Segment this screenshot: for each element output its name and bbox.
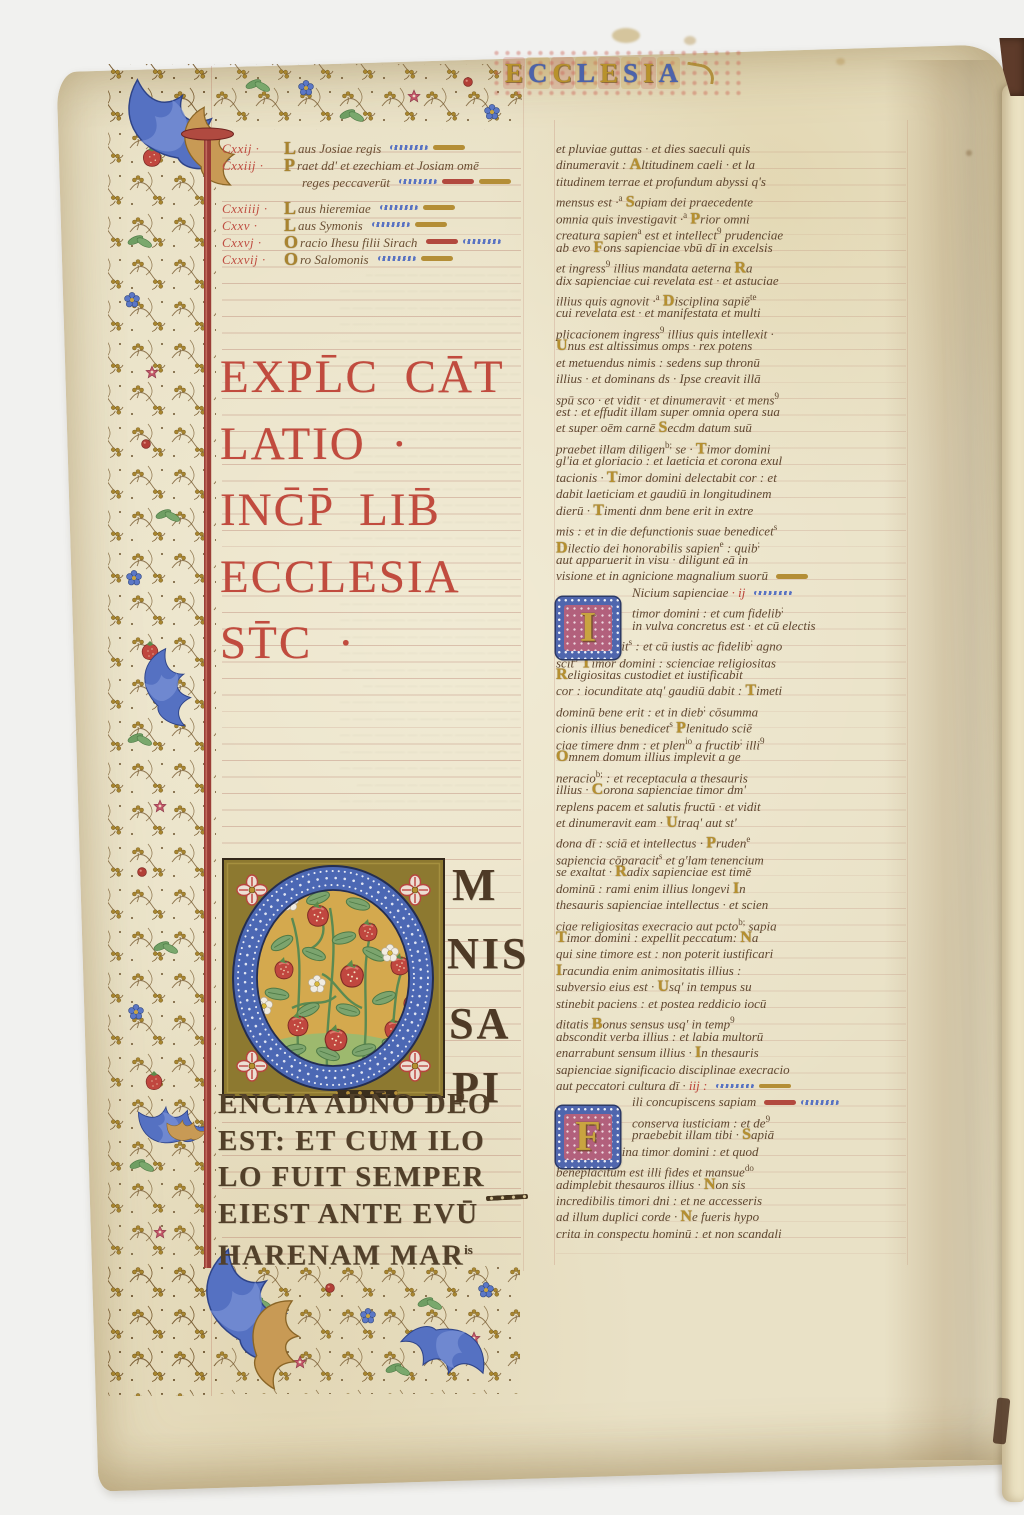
rubric-line: ECCLESIA xyxy=(220,544,522,611)
line-filler xyxy=(380,205,418,210)
manuscript-line: illius quis agnovit ·a Disciplina sapiēt… xyxy=(556,289,910,305)
ghost-line: — —— ——— — —— — ——— —— — xyxy=(277,301,520,317)
manuscript-line: enarrabunt sensum illius · In thesauris xyxy=(556,1045,910,1061)
ghost-line: — —— ——— — —— — ——— —— — xyxy=(366,268,520,284)
manuscript-line: Dilectio dei honorabilis sapiene : quib; xyxy=(556,536,910,552)
manuscript-line: omnia quis investigavit ·a Prior omni xyxy=(556,207,910,223)
chapter-row: Cxxiiij ·Laus hieremiae xyxy=(222,200,522,217)
display-line: EIEST ANTE EVŪ xyxy=(218,1196,528,1233)
chapter-initial: O xyxy=(284,251,298,268)
chapter-title: aus Symonis xyxy=(298,217,363,234)
rubric-line: ST̄C · xyxy=(220,610,522,677)
ghost-line: — —— ——— — —— — ——— —— — xyxy=(257,284,520,300)
manuscript-line: dominū : rami enim illius longevi In xyxy=(556,881,910,897)
manuscript-line: aut peccatori cultura dī · iij : xyxy=(556,1078,910,1094)
header-letter: C xyxy=(551,57,575,89)
rubric-line: EXPL̄C CĀT xyxy=(220,344,522,411)
manuscript-line: et pluviae guttas · et dies saeculi quis xyxy=(556,141,910,157)
line-filler xyxy=(390,145,428,150)
chapter-title: aus hieremiae xyxy=(298,200,371,217)
line-filler xyxy=(426,239,458,244)
ghost-line: — —— ——— — —— — ——— —— — xyxy=(274,712,520,728)
manuscript-line: dabit laeticiam et gaudiū in longitudine… xyxy=(556,486,910,502)
manuscript-line: sapiencia cōparacits et g'lam tenencium xyxy=(556,848,910,864)
display-line: EST: ET CUM ILO xyxy=(218,1123,528,1160)
ghost-line: — —— ——— — —— — ——— —— — xyxy=(298,317,520,333)
manuscript-line: mis : et in die defunctionis suae benedi… xyxy=(556,519,910,535)
ghost-line: — —— ——— — —— — ——— —— — xyxy=(357,778,520,794)
display-suffix: is xyxy=(464,1242,473,1257)
header-letter: C xyxy=(526,57,550,89)
display-line: HARENAM MARis xyxy=(218,1232,528,1274)
initial-letter: F xyxy=(556,1106,620,1168)
line-filler xyxy=(372,222,410,227)
manuscript-line: ad illum duplici corde · Ne fueris hypo xyxy=(556,1209,910,1225)
manuscript-line: dona dī : sciā et intellectus · Prudene xyxy=(556,831,910,847)
rubric-line: LATIO · xyxy=(220,411,522,478)
chapter-row: reges peccaverūt xyxy=(222,174,522,191)
manuscript-line: se exaltat · Radix sapienciae est timē xyxy=(556,864,910,880)
manuscript-line: cor : iocunditate atq' gaudiū dabit : Ti… xyxy=(556,683,910,699)
line-filler xyxy=(415,222,447,227)
ghost-line: — —— ——— — —— — ——— —— — xyxy=(254,695,520,711)
manuscript-line: thesauris sapienciae intellectus · et sc… xyxy=(556,897,910,913)
ghost-line: — —— ——— — —— — ——— —— — xyxy=(336,761,520,777)
manuscript-line: praebet illam diligenb; se · Timor domin… xyxy=(556,437,910,453)
chapter-title: aus Josiae regis xyxy=(298,140,381,157)
line-filler xyxy=(378,256,416,261)
next-folio-edge xyxy=(1002,84,1024,1502)
chapter-number: Cxxvij · xyxy=(222,251,284,268)
display-cap: M xyxy=(452,858,498,911)
header-letter: S xyxy=(621,57,640,89)
manuscript-line: Religiositas custodiet et iustificabit xyxy=(556,667,910,683)
manuscript-line: et super oēm carnē Secdm datum suū xyxy=(556,420,910,436)
chapter-number: Cxxvj · xyxy=(222,234,284,251)
parchment-stain xyxy=(836,58,845,65)
line-filler xyxy=(399,179,437,184)
manuscript-photo: — —— ——— — —— — ——— —— —— —— ——— — —— — … xyxy=(0,0,1024,1515)
manuscript-line: ciae religiositas execracio aut pctob; s… xyxy=(556,914,910,930)
manuscript-line: gl'ia et gloriacio : et laeticia et coro… xyxy=(556,453,910,469)
line-filler xyxy=(423,205,455,210)
chapter-row: Cxxiij ·Praet dd' et ezechiam et Josiam … xyxy=(222,157,522,174)
manuscript-line: et metuendus nimis : sedens sup thronū xyxy=(556,355,910,371)
incipit-display-text: ENCIA ADN̄O DEO EST: ET CUM ILO LO FUIT … xyxy=(218,1086,528,1275)
chapter-number: Cxxiij · xyxy=(222,157,284,174)
manuscript-line: dierū · Timenti dnm bene erit in extre xyxy=(556,503,910,519)
manuscript-line: ab evo Fons sapienciae vbū dī in excelsi… xyxy=(556,240,910,256)
display-line: LO FUIT SEMPER xyxy=(218,1159,528,1196)
ghost-line: — —— ——— — —— — ——— —— — xyxy=(295,728,520,744)
chapter-row: Cxxvj ·Oracio Ihesu filii Sirach xyxy=(222,234,522,251)
chapter-number: Cxxiiij · xyxy=(222,200,284,217)
line-filler xyxy=(442,179,474,184)
right-column-text: et pluviae guttas · et dies saeculi quis… xyxy=(556,141,910,1242)
chapter-initial: P xyxy=(284,157,295,174)
chapter-number: Cxxv · xyxy=(222,217,284,234)
line-filler xyxy=(479,179,511,184)
manuscript-line: stinebit paciens : et postea reddicio io… xyxy=(556,996,910,1012)
parchment-stain xyxy=(966,150,972,156)
initial-letter: I xyxy=(556,597,620,659)
chapter-list: Cxxij ·Laus Josiae regisCxxiij ·Praet dd… xyxy=(222,140,522,268)
manuscript-line: sapienciae significacio disciplinae exec… xyxy=(556,1062,910,1078)
manuscript-line: plicacionem ingress9 illius quis intelle… xyxy=(556,322,910,338)
manuscript-line: cui revelata est · et manifestata et mul… xyxy=(556,305,910,321)
ghost-line: — —— ——— — —— — ——— —— — xyxy=(363,679,520,695)
manuscript-line: visione et in agnicione magnalium suorū xyxy=(556,568,910,584)
header-letter: A xyxy=(657,57,681,89)
manuscript-line: Omnem domum illius implevit a ge xyxy=(556,749,910,765)
manuscript-line: neraciob; : et receptacula a thesauris xyxy=(556,766,910,782)
manuscript-line: titudinem terrae et profundum abyssi q's xyxy=(556,174,910,190)
rubric-line: INC̄P̄ LIB̄ xyxy=(220,477,522,544)
line-filler xyxy=(421,256,453,261)
header-letter: E xyxy=(598,57,620,89)
chapter-row: Cxxij ·Laus Josiae regis xyxy=(222,140,522,157)
chapter-title: reges peccaverūt xyxy=(302,174,390,191)
manuscript-line: illius · Corona sapienciae timor dm' xyxy=(556,782,910,798)
manuscript-line: crita in conspectu hominū : et non scand… xyxy=(556,1226,910,1242)
ghost-line: — —— ——— — —— — ——— —— — xyxy=(316,745,520,761)
manuscript-line: est : et effudit illam super omnia opera… xyxy=(556,404,910,420)
manuscript-line: ditatis Bonus sensus usq' in temp9 xyxy=(556,1012,910,1028)
chapter-number: Cxxij · xyxy=(222,140,284,157)
manuscript-line: dominū bene erit : et in dieb; cōsumma xyxy=(556,700,910,716)
manuscript-line: aut apparuerit in visu · diligunt eā in xyxy=(556,552,910,568)
manuscript-line: mensus est ·a Sapiam dei praecedente xyxy=(556,190,910,206)
header-letter: I xyxy=(641,57,656,89)
chapter-title: raet dd' et ezechiam et Josiam omē xyxy=(297,157,479,174)
header-ecclesia-letters: ECCLESIA xyxy=(503,57,681,89)
manuscript-line: creatura sapiena est et intellect9 prude… xyxy=(556,223,910,239)
line-filler xyxy=(463,239,501,244)
ruling-line xyxy=(554,120,555,1265)
rubric-explicit-incipit: EXPL̄C CĀT LATIO · INC̄P̄ LIB̄ ECCLESIA … xyxy=(220,344,522,677)
header-letter: L xyxy=(575,57,597,89)
ghost-line: — —— ——— — —— — ——— —— — xyxy=(248,794,520,810)
manuscript-line: Unus est altissimus omps · rex potens xyxy=(556,338,910,354)
manuscript-line: cionis illius benedicets Plenitudo sciē xyxy=(556,716,910,732)
parchment-stain xyxy=(684,36,696,45)
manuscript-line: illius · et dominans ds · Ipse creavit i… xyxy=(556,371,910,387)
chapter-title: ro Salomonis xyxy=(300,251,369,268)
chapter-row: Cxxv ·Laus Symonis xyxy=(222,217,522,234)
display-line: ENCIA ADN̄O DEO xyxy=(218,1086,528,1123)
manuscript-line: Iracundia enim animositatis illius : xyxy=(556,963,910,979)
ruling-line xyxy=(211,66,212,1396)
manuscript-line: dix sapienciae cui revelata est · et ast… xyxy=(556,273,910,289)
chapter-row: Cxxvij ·Oro Salomonis xyxy=(222,251,522,268)
manuscript-line: replens pacem et salutis fructū · et vid… xyxy=(556,799,910,815)
manuscript-line: abscondit verba illius : et labia multor… xyxy=(556,1029,910,1045)
manuscript-line: et ingress9 illius mandata aeterna Ra xyxy=(556,256,910,272)
header-letter: E xyxy=(503,57,525,89)
parchment-stain xyxy=(612,28,640,43)
header-ecclesia: ECCLESIA xyxy=(503,52,715,94)
manuscript-line: adimplebit thesauros illius · Non sis xyxy=(556,1177,910,1193)
manuscript-line: qui sine timore est : non poterit iustif… xyxy=(556,946,910,962)
chapter-title: racio Ihesu filii Sirach xyxy=(300,234,417,251)
manuscript-line: dinumeravit : Altitudinem caeli · et la xyxy=(556,157,910,173)
manuscript-line: incredibilis timori dni : et ne accesser… xyxy=(556,1193,910,1209)
manuscript-line: tacionis · Timor domini delectabit cor :… xyxy=(556,470,910,486)
manuscript-line: Timor domini : expellit peccatum: Na xyxy=(556,930,910,946)
display-cap: SA xyxy=(449,998,511,1049)
manuscript-line: spū sco · et vidit · et dinumeravit · et… xyxy=(556,388,910,404)
manuscript-line: subversio eius est · Usq' in tempus su xyxy=(556,979,910,995)
manuscript-line: ciae timere dnm : et plenio a fructib; i… xyxy=(556,733,910,749)
line-filler xyxy=(433,145,465,150)
manuscript-line: et dinumeravit eam · Utraq' aut st' xyxy=(556,815,910,831)
illuminated-initial-I: I xyxy=(556,597,620,659)
display-cap: NIS xyxy=(447,928,529,979)
illuminated-initial-F: F xyxy=(556,1106,620,1168)
